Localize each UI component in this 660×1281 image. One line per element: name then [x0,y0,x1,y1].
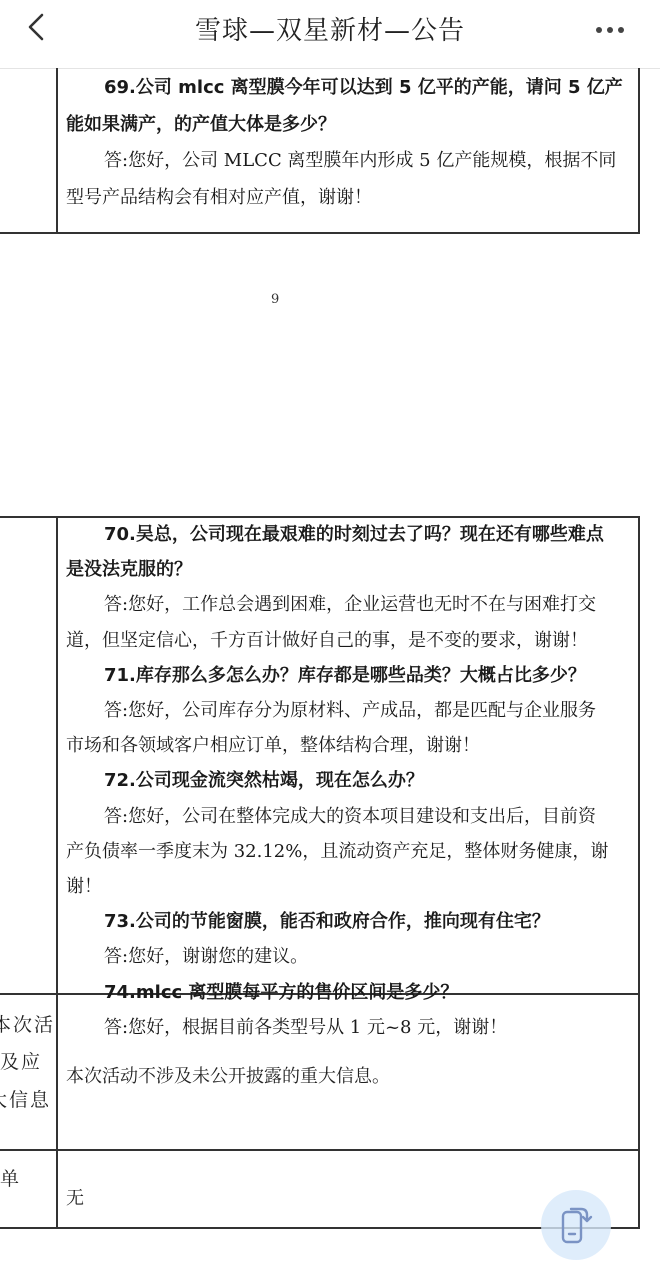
answer-line: 型号产品结构会有相对应产值，谢谢！ [66,181,372,214]
answer-line: 答:您好，公司在整体完成大的资本项目建设和支出后，目前资 [104,800,596,833]
attachment-label-line: 单 [0,1164,21,1191]
more-button[interactable] [596,18,636,38]
answer-line: 答:您好，公司库存分为原材料、产成品，都是匹配与企业服务 [104,694,596,727]
question-line: 是没法克服的？ [66,553,192,586]
attachment-label-line: ） [0,1200,11,1227]
more-dot-icon [607,27,613,33]
question-line: 69.公司 mlcc 离型膜今年可以达到 5 亿平的产能，请问 5 亿产 [104,71,623,104]
app-header: 雪球—双星新材—公告 [0,0,660,69]
table-border [0,232,640,234]
answer-line: 谢！ [66,870,102,903]
question-line: 71.库存那么多怎么办？库存都是哪些品类？大概占比多少？ [104,659,586,692]
rotate-screen-button[interactable] [541,1190,611,1260]
disclosure-label-line: 本次活 [0,1010,55,1037]
question-line: 72.公司现金流突然枯竭，现在怎么办？ [104,764,424,797]
page-title: 雪球—双星新材—公告 [0,10,660,47]
answer-line: 道，但坚定信心，千方百计做好自己的事，是不变的要求，谢谢！ [66,624,588,657]
table-border [0,1149,640,1151]
more-dot-icon [618,27,624,33]
answer-line: 产负债率一季度末为 32.12%，且流动资产充足，整体财务健康，谢 [66,835,608,868]
answer-line: 答:您好，根据目前各类型号从 1 元~8 元，谢谢！ [104,1011,507,1044]
question-line: 70.吴总，公司现在最艰难的时刻过去了吗？现在还有哪些难点 [104,518,604,551]
page-number: 9 [271,292,279,307]
disclosure-label-line: 及应 [0,1047,42,1074]
rotate-screen-icon [561,1206,593,1244]
disclosure-value: 本次活动不涉及未公开披露的重大信息。 [66,1062,390,1088]
answer-line: 市场和各领域客户相应订单，整体结构合理，谢谢！ [66,729,480,762]
answer-line: 答:您好，公司 MLCC 离型膜年内形成 5 亿产能规模，根据不同 [104,144,616,177]
answer-line: 答:您好，谢谢您的建议。 [104,940,308,973]
more-dot-icon [596,27,602,33]
table-border [638,68,640,234]
question-line: 73.公司的节能窗膜，能否和政府合作，推向现有住宅？ [104,905,550,938]
attachment-value: 无 [66,1184,84,1210]
disclosure-label-line: 大信息 [0,1085,51,1112]
table-border [638,516,640,1229]
table-border [56,516,58,1229]
table-border [56,68,58,234]
question-line: 74.mlcc 离型膜每平方的售价区间是多少？ [104,976,458,1009]
answer-line: 答:您好，工作总会遇到困难，企业运营也无时不在与困难打交 [104,588,596,621]
question-line: 能如果满产，的产值大体是多少？ [66,108,336,141]
